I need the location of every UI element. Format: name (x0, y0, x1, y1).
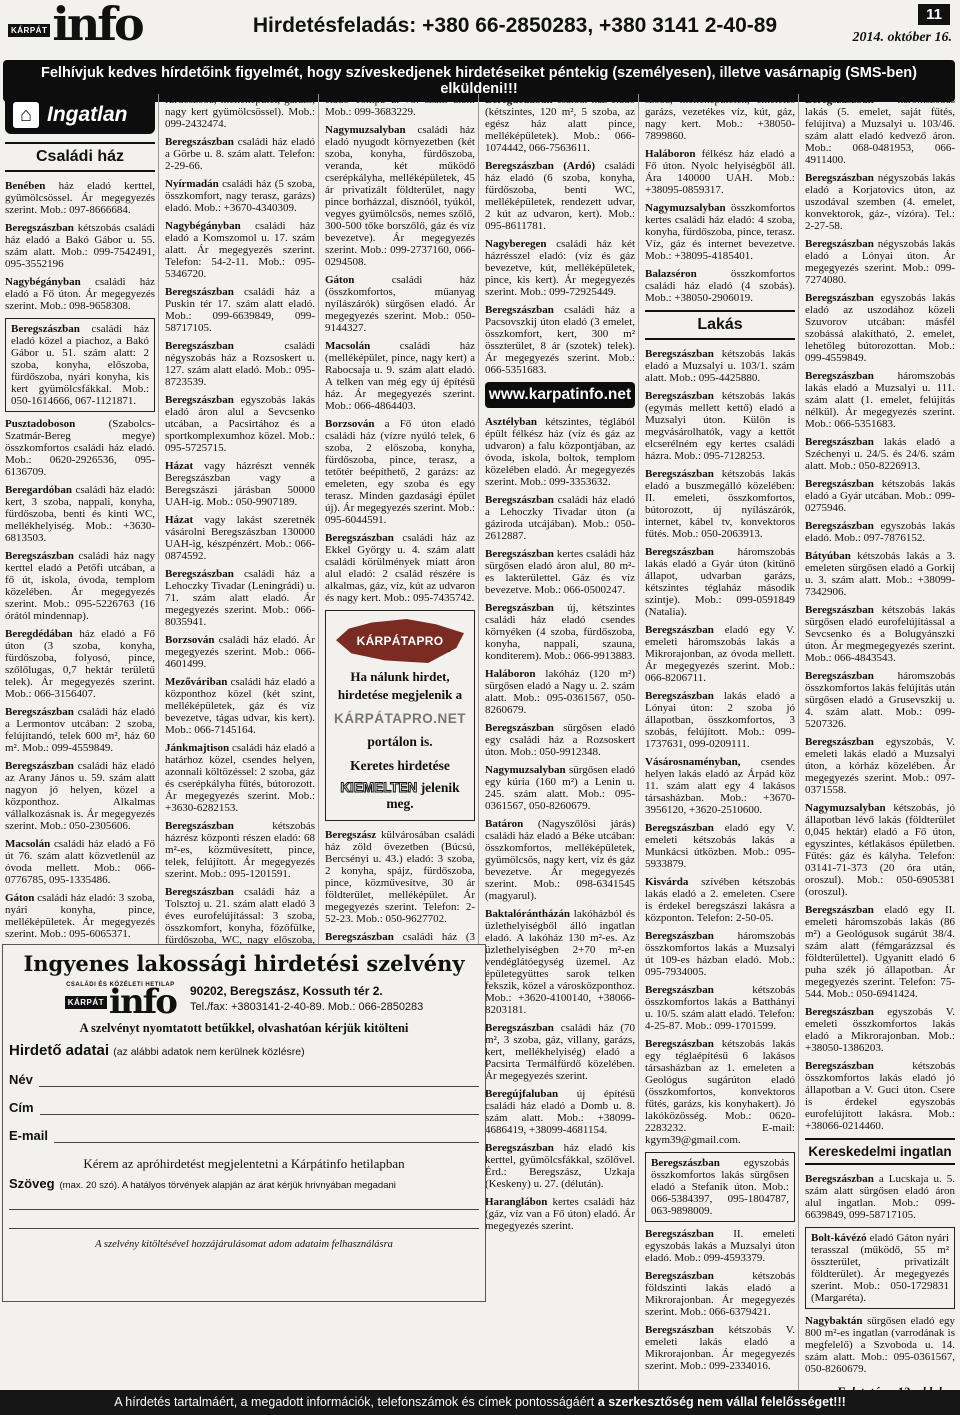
ad-location-lead: Borzsován (165, 634, 215, 646)
classified-ad: Beregszászban egyszobás V. emeleti összk… (805, 1006, 955, 1054)
karpatapro-logo-net: .NET (445, 649, 466, 659)
classified-ad: Beregszászban eladó egy V. emeleti három… (645, 624, 795, 684)
ad-location-lead: Beregszászban (165, 340, 234, 352)
classified-ad: Nagyberegen családi ház két házrésszel e… (485, 238, 635, 298)
classified-ad: Beregszászban családi ház a Puskin tér 1… (165, 286, 315, 334)
section-heading: Kereskedelmi ingatlan (805, 1138, 955, 1165)
classified-ad: Beregardóban családi ház eladó: kert, 3 … (5, 484, 155, 544)
ad-location-lead: Beregszászban (645, 1270, 714, 1282)
classified-ad: Nyírmadán családi ház (5 szoba, összkomf… (165, 178, 315, 214)
classified-ad: Haláboron félkész ház eladó a Fő úton. N… (645, 148, 795, 196)
promo-site-name: KÁRPÁTAPRO.NET (330, 711, 470, 726)
classified-ad: Beregszászban családi ház nagy kerttel e… (5, 550, 155, 622)
classified-ad: Beregszászban egyszobás lakás eladó áron… (165, 394, 315, 454)
ad-location-lead: Beregszászban (325, 931, 394, 943)
continuation-text: szoba, melléképületek, emeletes garázs, … (645, 94, 795, 142)
classified-ad: Beregszászban kétszobás összkomfortos la… (805, 1060, 955, 1132)
classified-ad: Beregszászban háromszobás lakás eladó a … (805, 370, 955, 430)
ad-location-lead: Beregszászban (645, 1324, 714, 1336)
ad-location-lead: Beregszászban (485, 722, 554, 734)
classified-ad: Nagybégányban családi ház eladó a Komszo… (165, 220, 315, 280)
classified-ad: Borzsován családi ház eladó. Ár megegyez… (165, 634, 315, 670)
ad-location-lead: Beregszászban (165, 568, 234, 580)
ad-text-note: (max. 20 szó). A hatályos törvények alap… (60, 1180, 396, 1191)
ad-location-lead: Vásárosnaményban, (645, 756, 740, 768)
ad-location-lead: Beregszászban (645, 546, 714, 558)
ad-location-lead: Beregszászban (805, 1060, 874, 1072)
ad-location-lead: Beregszászban (165, 286, 234, 298)
coupon-address: 90202, Beregszász, Kossuth tér 2. Tel./f… (190, 983, 423, 1015)
classified-ad: Beregszászban kétszobás összkomfortos la… (645, 984, 795, 1032)
classified-ad: Macsolán családi ház (melléképület, pinc… (325, 340, 475, 412)
ad-location-lead: Beregszászban (805, 172, 874, 184)
section-heading: Lakás (645, 310, 795, 340)
ad-location-lead: Beregszászban (645, 930, 714, 942)
ad-location-lead: Beregszászban (805, 736, 874, 748)
ad-location-lead: Nagybégányban (165, 220, 241, 232)
ad-location-lead: Nagymuzsalyban (325, 124, 406, 136)
name-label: Név (9, 1072, 33, 1087)
address-label: Cím (9, 1100, 34, 1115)
classified-ad: Beregszászban családi ház eladó közel a … (5, 318, 155, 412)
address-field: Cím (9, 1100, 479, 1115)
ad-location-lead: Beregszászban (805, 436, 874, 448)
classified-ad: Beregszászban családi ház az Ekkel Györg… (325, 532, 475, 604)
classified-ad: Beregszászban kétszobás lakás egy téglaé… (645, 1038, 795, 1146)
email-write-line (54, 1130, 479, 1143)
fill-instructions: A szelvényt nyomtatott betűkkel, olvasha… (9, 1021, 479, 1036)
ad-location-lead: Haláboron (485, 668, 536, 680)
ad-location-lead: Bolt-kávézó (811, 1232, 867, 1244)
ad-location-lead: Beregszászban (325, 532, 394, 544)
classified-ad: Beregszászban kétszobás lakás (egymás me… (645, 390, 795, 462)
column-1: ⌂IngatlanCsaládi házBenében ház eladó ke… (2, 94, 159, 1036)
classified-ad: Beregszászban háromszobás lakás (5. emel… (805, 94, 955, 166)
ad-location-lead: Beregszászban (645, 468, 714, 480)
ad-location-lead: Beregszászban (485, 1022, 554, 1034)
classified-ad: Beregszászban ház eladó kis kerttel, gyü… (485, 1142, 635, 1190)
classified-ad: Bátyúban kétszobás lakás a 3. emeleten s… (805, 550, 955, 598)
free-ad-coupon: Ingyenes lakossági hirdetési szelvény CS… (2, 944, 486, 1302)
ad-location-lead: Beregszászban (5, 760, 74, 772)
column-2: fürdőszoba, melléképület, garázs, nagy k… (162, 94, 319, 1036)
ad-location-lead: Beregszászban (Ardó) (485, 160, 595, 172)
address-line: 90202, Beregszász, Kossuth tér 2. (190, 983, 423, 999)
publish-request-line: Kérem az apróhirdetést megjelentetni a K… (9, 1156, 479, 1172)
ad-location-lead: Beregszászban (5, 550, 74, 562)
logo-karpat-badge: KÁRPÁT (8, 24, 50, 37)
ad-location-lead: Nagymuzsalyban (805, 802, 886, 814)
ad-location-lead: Beregszászban (805, 478, 874, 490)
ad-location-lead: Beregszászban (645, 1228, 714, 1240)
classified-ad: Beregszászban családi ház eladó a Lehocz… (485, 494, 635, 542)
classified-ad: Beregszászban négyszobás lakás eladó a L… (805, 238, 955, 286)
ad-location-lead: Nyírmadán (165, 178, 219, 190)
classified-ad: Gáton családi ház eladó: 3 szoba, nyári … (5, 892, 155, 940)
logo-karpat-badge: KÁRPÁT (65, 996, 107, 1009)
classified-ad: Beregszászban II. emeleti egyszobás laká… (645, 1228, 795, 1264)
ad-location-lead: Beregdédában (485, 94, 553, 106)
classified-ad: Beregszászban kétszobás V. emeleti lakás… (645, 1324, 795, 1372)
ad-location-lead: Beregszászban (165, 820, 234, 832)
classified-ad: Beregszászban egyszobás lakás eladó. Mob… (805, 520, 955, 544)
promo-line: hirdetése megjelenik a (330, 687, 470, 703)
ad-text-label: Szöveg (9, 1176, 55, 1191)
classified-ad: Nagybaktán sürgősen eladó egy 800 m²-es … (805, 1315, 955, 1375)
logo-info-text: info (109, 988, 176, 1017)
ad-location-lead: Beregszászban (5, 222, 74, 234)
promo-kiemelten-text: KIEMELTEN (340, 780, 417, 795)
ad-location-lead: Beregszászban (485, 1142, 554, 1154)
classified-ad: Beregszászban eladó egy V. emeleti kétsz… (645, 822, 795, 870)
classified-ad: Beregszászban a Lucskaja u. 5. szám alat… (805, 1173, 955, 1221)
ad-location-lead: Bátyúban (805, 550, 851, 562)
name-field: Név (9, 1072, 479, 1087)
classified-ad: Nagymuzsalyban családi ház eladó nyugodt… (325, 124, 475, 268)
ad-location-lead: Beregszászban (645, 690, 714, 702)
column-5: szoba, melléképületek, emeletes garázs, … (642, 94, 799, 1390)
classified-ad: Beregszászban kétszobás családi ház elad… (5, 222, 155, 270)
classified-ad: Beregszászban családi ház eladó a Görbe … (165, 136, 315, 172)
ad-location-lead: Beregszászban (805, 1006, 874, 1018)
ad-location-lead: Beregszászban (11, 323, 80, 335)
ad-location-lead: Macsolán (5, 838, 50, 850)
classified-ad: Bolt-kávézó eladó Gáton nyári terasszal … (805, 1227, 955, 1309)
classified-ad: Beregszászban kétszobás lakás eladó a bu… (645, 468, 795, 540)
classified-ad: Macsolán családi ház eladó a Fő út 76. s… (5, 838, 155, 886)
classified-ad: Mezőváriban családi ház eladó a központh… (165, 676, 315, 736)
karpatapro-promo: KÁRPÁTAPRO.NETHa nálunk hirdet,hirdetése… (325, 610, 475, 821)
ad-location-lead: Nagymuzsalyban (645, 202, 726, 214)
ad-location-lead: Beregszászban (805, 1173, 874, 1185)
ad-location-lead: Beregszászban (485, 304, 554, 316)
classified-ad: Vásárosnaményban, csendes helyen lakás e… (645, 756, 795, 816)
classified-ad: Beregdédában családi ház eladó (kétszint… (485, 94, 635, 154)
advertiser-data-heading: Hirdető adatai (az alábbi adatok nem ker… (9, 1042, 479, 1059)
classified-ad: Beregszászban lakás eladó a Lónyai úton:… (645, 690, 795, 750)
column-6: Beregszászban háromszobás lakás (5. emel… (802, 94, 958, 1390)
promo-line: portálon is. (330, 734, 470, 750)
classified-ad: Nagymuzsalyban kétszobás, jó állapotban … (805, 802, 955, 898)
disclaimer-bar: A hírdetés tartalmáért, a megadott infor… (0, 1390, 960, 1415)
classified-ad: Pusztadoboson (Szabolcs-Szatmár-Bereg me… (5, 418, 155, 478)
ad-location-lead: Beregszászban (805, 670, 874, 682)
classified-ad: Kisvárda szívében kétszobás lakás eladó … (645, 876, 795, 924)
classified-ad: Beregújfaluban új építésű családi ház el… (485, 1088, 635, 1136)
classified-ad: Beregszászban családi ház eladó a Lermon… (5, 706, 155, 754)
column-4: Beregdédában családi ház eladó (kétszint… (482, 94, 639, 1390)
ad-location-lead: Pusztadoboson (5, 418, 75, 430)
column-3: eladó Tompa u. 73. szám alatt. Mob.: 099… (322, 94, 479, 1036)
classified-ad: Beregszászban családi négyszobás ház a R… (165, 340, 315, 388)
classified-ad: Beregszászban családi ház a Lehoczky Tiv… (165, 568, 315, 628)
ad-location-lead: Beregújfaluban (485, 1088, 558, 1100)
ad-location-lead: Jánkmajtison (165, 742, 229, 754)
classified-ad: Beregszászban egyszobás összkomfortos la… (645, 1152, 795, 1222)
ad-location-lead: Beregszászban (485, 494, 554, 506)
ad-location-lead: Beregszászban (645, 624, 714, 636)
classified-ad: Beregszászban családi ház (70 m², 3 szob… (485, 1022, 635, 1082)
ad-location-lead: Beregszászban (805, 292, 874, 304)
classified-ad: Beregszászban egyszobás lakás eladó az u… (805, 292, 955, 364)
classified-ad: Gáton családi ház (összkomfortos, műanya… (325, 274, 475, 334)
section-heading: Családi ház (5, 142, 155, 172)
classified-ad: Beregszászban háromszobás összkomfortos … (805, 670, 955, 730)
continuation-text: fürdőszoba, melléképület, garázs, nagy k… (165, 94, 315, 130)
ad-location-lead: Macsolán (325, 340, 370, 352)
name-write-line (39, 1074, 479, 1087)
classified-ad: Beregszász külvárosában családi ház zöld… (325, 829, 475, 925)
promo-line: KIEMELTEN jelenik meg. (330, 780, 470, 812)
ad-text-write-line (9, 1191, 479, 1210)
ad-location-lead: Kisvárda (645, 876, 688, 888)
classified-ad: Nagymuzsalyban összkomfortos kertes csal… (645, 202, 795, 262)
ad-location-lead: Beregszászban (5, 706, 74, 718)
ad-location-lead: Beregszászban (165, 136, 234, 148)
classified-ad: Beregszászban kertes családi ház sürgőse… (485, 548, 635, 596)
ad-location-lead: Beregardóban (5, 484, 72, 496)
classified-ad: Beregszászban kétszobás házrész központi… (165, 820, 315, 880)
ad-location-lead: Beregszászban (805, 904, 874, 916)
classified-ad: Beregszászban új, kétszintes családi ház… (485, 602, 635, 662)
classified-ad: Beregszászban kétszobás lakás eladó a Gy… (805, 478, 955, 514)
consent-note: A szelvény kitöltésével hozzájárulásomat… (9, 1239, 479, 1250)
ad-location-lead: Házat (165, 460, 193, 472)
ad-location-lead: Borzsován (325, 418, 375, 430)
ad-text-field: Szöveg (max. 20 szó). A hatályos törvény… (9, 1176, 479, 1191)
ad-location-lead: Balazséron (645, 268, 697, 280)
house-icon: ⌂ (13, 102, 39, 128)
classified-ad: Beregszászban sürgősen eladó egy családi… (485, 722, 635, 758)
ad-location-lead: Beregszászban (645, 348, 714, 360)
ad-location-lead: Házat (165, 514, 193, 526)
advertiser-data-note: (az alábbi adatok nem kerülnek közlésre) (113, 1046, 304, 1058)
classified-ad: Beregszászban (Ardó) családi ház eladó (… (485, 160, 635, 232)
ad-location-lead: Nagybaktán (805, 1315, 862, 1327)
ad-location-lead: Beregszászban (165, 886, 234, 898)
disclaimer-bold-text: a szerkesztőség nem vállal felelősséget!… (598, 1395, 846, 1409)
classified-ad: Beregszászban kétszobás lakás sürgősen e… (805, 604, 955, 664)
category-header-ingatlan: ⌂Ingatlan (5, 96, 155, 134)
promo-line: Ha nálunk hirdet, (330, 669, 470, 685)
issue-date: 2014. október 16. (852, 30, 952, 46)
logo-info-text: info (52, 4, 141, 45)
ad-location-lead: Beregdédában (5, 628, 73, 640)
classified-ad: Beregszászban egyszobás, V. emeleti laká… (805, 736, 955, 796)
ad-location-lead: Nagymuzsalyban (485, 764, 566, 776)
email-field: E-mail (9, 1128, 479, 1143)
ad-location-lead: Beregszászban (805, 520, 874, 532)
ad-location-lead: Beregszászban (645, 1038, 714, 1050)
ad-location-lead: Asztélyban (485, 416, 537, 428)
disclaimer-text: A hírdetés tartalmáért, a megadott infor… (114, 1395, 598, 1409)
ad-location-lead: Beregszászban (805, 370, 874, 382)
karpatinfo-net-banner: www.karpatinfo.net (485, 382, 635, 408)
karpatapro-logo-text: KÁRPÁTAPRO (357, 634, 444, 648)
classified-ad: Balazséron összkomfortos családi ház ela… (645, 268, 795, 304)
ad-location-lead: Beregszászban (805, 238, 874, 250)
ad-location-lead: Beregszászban (165, 394, 234, 406)
classified-ad: Beregszászban négyszobás lakás eladó a K… (805, 172, 955, 232)
coupon-logo: CSALÁDI ÉS KÖZÉLETI HETILAP KÁRPÁT info (65, 982, 176, 1017)
classified-ad: Nagymuzsalyban sürgősen eladó egy kúria … (485, 764, 635, 812)
classified-ad: Beregszászban kétszobás földszinti lakás… (645, 1270, 795, 1318)
classified-ad: Nagybégányban családi ház eladó a Fő úto… (5, 276, 155, 312)
ad-location-lead: Nagyberegen (485, 238, 547, 250)
ad-location-lead: Gáton (5, 892, 34, 904)
page-header: KÁRPÁT info Hirdetésfeladás: +380 66-285… (0, 0, 960, 58)
ad-location-lead: Mezőváriban (165, 676, 227, 688)
address-write-line (40, 1102, 479, 1115)
ad-text-write-line (9, 1210, 479, 1229)
ad-location-lead: Beregszászban (651, 1157, 720, 1169)
classified-ad: Beregdédában ház eladó a Fő úton (3 szob… (5, 628, 155, 700)
classified-ad: Beregszászban családi ház eladó az Arany… (5, 760, 155, 832)
karpatapro-map-logo: KÁRPÁTAPRO.NET (336, 619, 464, 663)
ad-location-lead: Baktalórántházán (485, 908, 570, 920)
classified-ad: Beregszászban háromszobás összkomfortos … (645, 930, 795, 978)
ad-location-lead: Benében (5, 180, 45, 192)
coupon-logo-row: CSALÁDI ÉS KÖZÉLETI HETILAP KÁRPÁT info … (9, 982, 479, 1017)
classified-ad: Beregszászban családi ház a Pacsovszkij … (485, 304, 635, 376)
classified-ad: Beregszászban háromszobás lakás eladó a … (645, 546, 795, 618)
newspaper-page: KÁRPÁT info Hirdetésfeladás: +380 66-285… (0, 0, 960, 1415)
classified-ad: Házat vagy lakást szeretnék vásárolni Be… (165, 514, 315, 562)
ad-location-lead: Haranglábon (485, 1196, 547, 1208)
promo-line: Keretes hirdetése (330, 758, 470, 774)
category-label: Ingatlan (47, 103, 128, 127)
classified-ad: Beregszászban kétszobás lakás eladó a Mu… (645, 348, 795, 384)
karpatinfo-logo: KÁRPÁT info (8, 4, 142, 45)
classified-ad: Haláboron lakóház (120 m²) sürgősen elad… (485, 668, 635, 716)
classified-ad: Batáron (Nagyszőlősi járás) családi ház … (485, 818, 635, 902)
email-label: E-mail (9, 1128, 48, 1143)
ad-location-lead: Beregszászban (485, 602, 554, 614)
ad-submission-phone: Hirdetésfeladás: +380 66-2850283, +380 3… (250, 14, 780, 38)
classified-ad: Jánkmajtison családi ház eladó a határho… (165, 742, 315, 814)
ad-location-lead: Beregszászban (805, 94, 874, 106)
ad-location-lead: Batáron (485, 818, 523, 830)
classified-ad: Beregszászban lakás eladó a Széchenyi u.… (805, 436, 955, 472)
classified-ad: Borzsován a Fő úton eladó családi ház (v… (325, 418, 475, 526)
page-number: 11 (918, 4, 950, 25)
ad-location-lead: Beregszászban (645, 390, 714, 402)
ad-location-lead: Nagybégányban (5, 276, 81, 288)
ad-location-lead: Beregszászban (485, 548, 554, 560)
continuation-text: eladó Tompa u. 73. szám alatt. Mob.: 099… (325, 94, 475, 118)
classified-ad: Asztélyban kétszintes, téglából épült fé… (485, 416, 635, 488)
classified-ad: Baktalórántházán lakóházból és üzlethely… (485, 908, 635, 1016)
ad-location-lead: Haláboron (645, 148, 696, 160)
classified-ad: Házat vagy házrészt vennék Beregszászban… (165, 460, 315, 508)
ad-location-lead: Beregszászban (645, 822, 714, 834)
ad-location-lead: Beregszász (325, 829, 376, 841)
classified-ad: Beregszászban eladó egy II. emeleti háro… (805, 904, 955, 1000)
address-phone-line: Tel./fax: +3803141-2-40-89. Mob.: 066-28… (190, 999, 423, 1015)
ad-location-lead: Beregszászban (645, 984, 714, 996)
coupon-title: Ingyenes lakossági hirdetési szelvény (9, 951, 479, 976)
classified-ad: Haranglábon kertes családi ház (gáz, víz… (485, 1196, 635, 1232)
ad-location-lead: Beregszászban (805, 604, 874, 616)
classified-ad: Benében ház eladó kerttel, gyümölcsössel… (5, 180, 155, 216)
ad-location-lead: Gáton (325, 274, 354, 286)
